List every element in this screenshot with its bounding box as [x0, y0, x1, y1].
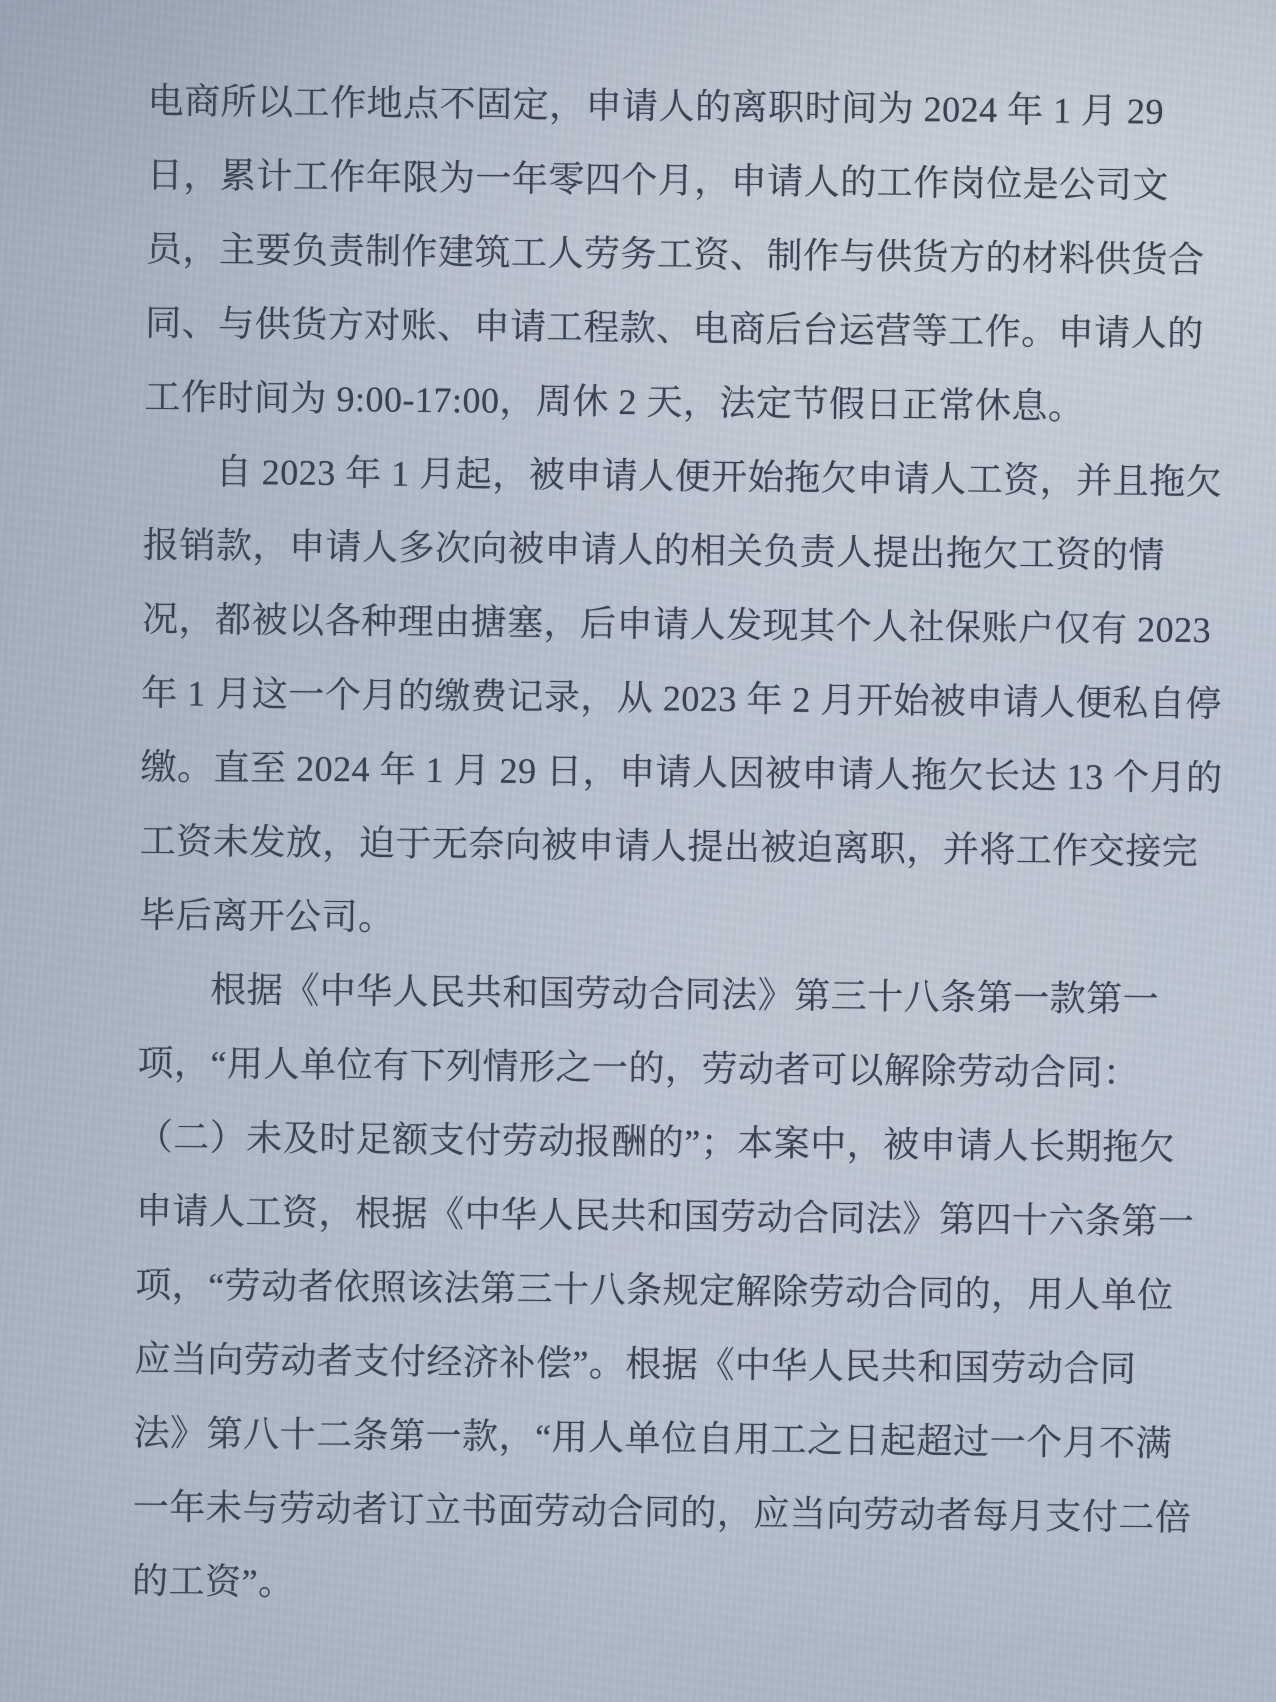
- text-line: 毕后离开公司。: [139, 878, 1170, 963]
- text-line: 法》第八十二条第一款，“用人单位自用工之日起超过一个月不满: [133, 1396, 1164, 1481]
- text-line: 的工资”。: [132, 1544, 1163, 1629]
- text-line: 根据《中华人民共和国劳动合同法》第三十八条第一款第一: [138, 952, 1169, 1037]
- document-photo: { "page": { "type": "photograph of a pri…: [0, 0, 1276, 1702]
- text-line: 自 2023 年 1 月起，被申请人便开始拖欠申请人工资，并且拖欠: [143, 434, 1174, 519]
- text-line: （二）未及时足额支付劳动报酬的”；本案中，被申请人长期拖欠: [136, 1100, 1167, 1185]
- text-line: 年 1 月这一个月的缴费记录，从 2023 年 2 月开始被申请人便私自停: [141, 656, 1172, 741]
- text-line: 工资未发放，迫于无奈向被申请人提出被迫离职，并将工作交接完: [139, 804, 1170, 889]
- text-line: 电商所以工作地点不固定，申请人的离职时间为 2024 年 1 月 29: [147, 64, 1178, 149]
- text-line: 缴。直至 2024 年 1 月 29 日，申请人因被申请人拖欠长达 13 个月的: [140, 730, 1171, 815]
- text-line: 项，“劳动者依照该法第三十八条规定解除劳动合同的，用人单位: [135, 1248, 1166, 1333]
- document-text-block: 电商所以工作地点不固定，申请人的离职时间为 2024 年 1 月 29 日，累计…: [132, 64, 1178, 1629]
- text-line: 一年未与劳动者订立书面劳动合同的，应当向劳动者每月支付二倍: [133, 1470, 1164, 1555]
- text-line: 项，“用人单位有下列情形之一的，劳动者可以解除劳动合同：: [137, 1026, 1168, 1111]
- text-line: 况，都被以各种理由搪塞，后申请人发现其个人社保账户仅有 2023: [142, 582, 1173, 667]
- text-line: 申请人工资，根据《中华人民共和国劳动合同法》第四十六条第一: [136, 1174, 1167, 1259]
- text-line: 员，主要负责制作建筑工人劳务工资、制作与供货方的材料供货合: [146, 212, 1177, 297]
- text-line: 同、与供货方对账、申请工程款、电商后台运营等工作。申请人的: [145, 286, 1176, 371]
- text-line: 工作时间为 9:00-17:00，周休 2 天，法定节假日正常休息。: [144, 360, 1175, 445]
- text-line: 日，累计工作年限为一年零四个月，申请人的工作岗位是公司文: [146, 138, 1177, 223]
- text-line: 应当向劳动者支付经济补偿”。根据《中华人民共和国劳动合同: [134, 1322, 1165, 1407]
- text-line: 报销款，申请人多次向被申请人的相关负责人提出拖欠工资的情: [143, 508, 1174, 593]
